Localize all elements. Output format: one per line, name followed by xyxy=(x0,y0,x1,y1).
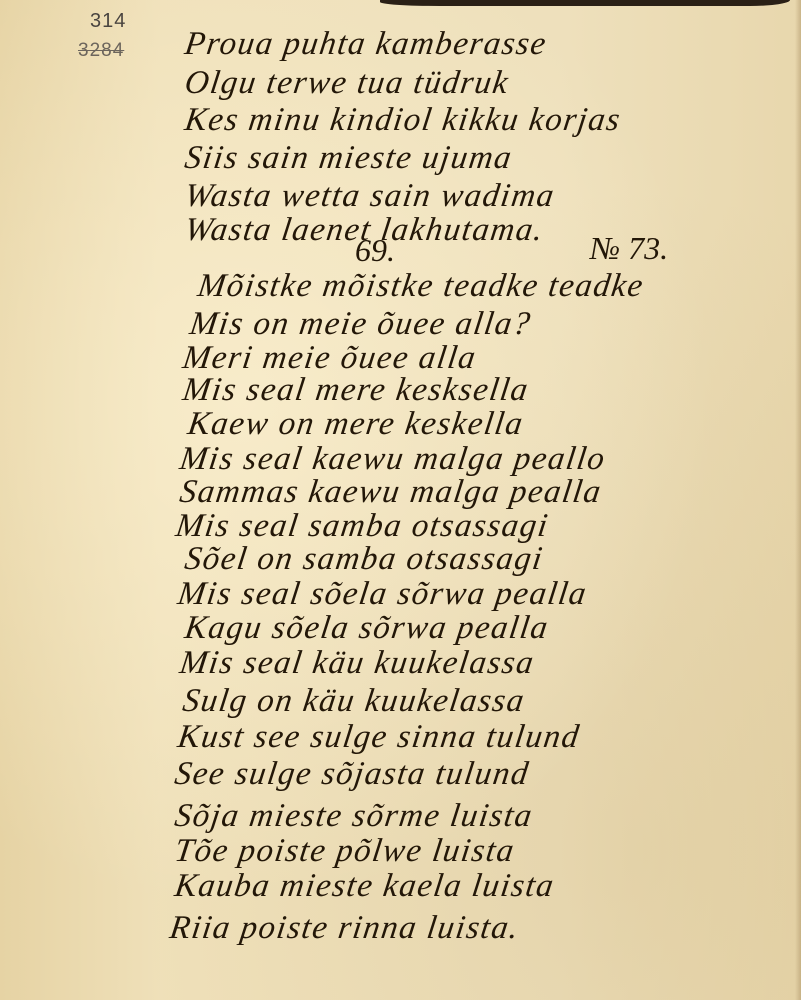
verse-line: Mõistke mõistke teadke teadke xyxy=(195,268,646,305)
verse-line: Kauba mieste kaela luista xyxy=(172,868,557,905)
verse-line: Sõel on samba otsassagi xyxy=(182,541,545,578)
verse-line: Kagu sõela sõrwa pealla xyxy=(182,610,551,647)
verse-line: Siis sain mieste ujuma xyxy=(182,140,514,177)
archive-number: 314 xyxy=(90,10,126,33)
verse-line: Mis on meie õuee alla? xyxy=(187,306,533,343)
verse-line: Mis seal kaewu malga peallo xyxy=(177,441,608,478)
page-right-edge xyxy=(795,0,801,1000)
verse-line: Kust see sulge sinna tulund xyxy=(175,719,582,756)
verse-line: Olgu terwe tua tüdruk xyxy=(182,65,511,102)
verse-line: Sulg on käu kuukelassa xyxy=(180,683,527,720)
verse-line: Kaew on mere keskella xyxy=(185,406,526,443)
verse-line: Mis seal samba otsassagi xyxy=(173,508,551,545)
page-number: 69. xyxy=(355,232,395,269)
verse-line: Mis seal mere kesksella xyxy=(180,372,531,409)
verse-line: Proua puhta kamberasse xyxy=(182,26,549,63)
manuscript-page: 314 3284 Proua puhta kamberasse Olgu ter… xyxy=(0,0,801,1000)
verse-line: Sammas kaewu malga pealla xyxy=(177,474,604,511)
verse-line: Wasta wetta sain wadima xyxy=(182,178,557,215)
verse-line: Mis seal käu kuukelassa xyxy=(177,645,537,682)
verse-line: Kes minu kindiol kikku korjas xyxy=(182,102,623,139)
song-number: № 73. xyxy=(590,230,668,267)
torn-top-edge xyxy=(380,0,790,6)
verse-line: Sõja mieste sõrme luista xyxy=(172,798,535,835)
archive-number-crossed: 3284 xyxy=(78,40,124,62)
verse-line: Mis seal sõela sõrwa pealla xyxy=(175,576,589,613)
verse-line: See sulge sõjasta tulund xyxy=(172,756,531,793)
verse-line: Tõe poiste põlwe luista xyxy=(172,833,517,870)
verse-line: Riia poiste rinna luista. xyxy=(167,910,521,947)
